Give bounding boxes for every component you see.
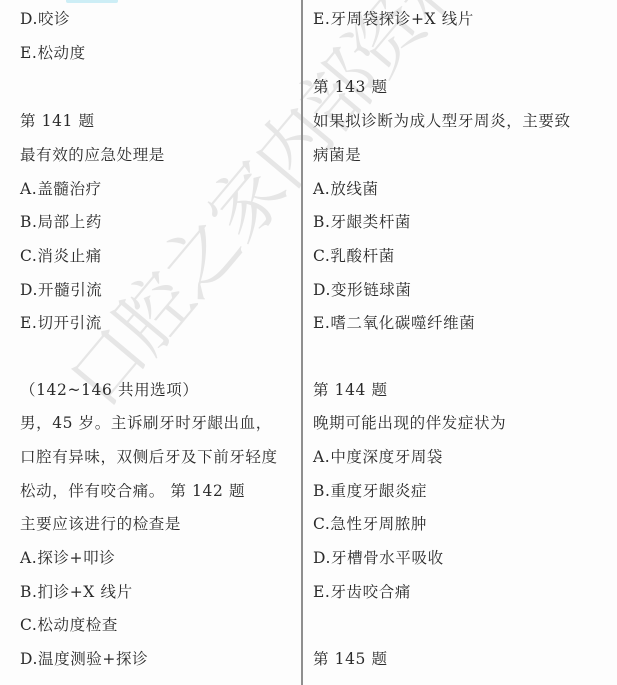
option-line: C.乳酸杆菌 — [313, 246, 395, 266]
option-line: B.牙龈类杆菌 — [313, 212, 411, 232]
option-line: D.牙槽骨水平吸收 — [313, 548, 444, 568]
option-line: C.消炎止痛 — [20, 246, 102, 266]
option-line: C.松动度检查 — [20, 615, 118, 635]
question-number: 第 141 题 — [20, 111, 95, 131]
option-line: E.牙周袋探诊+X 线片 — [313, 9, 474, 29]
option-line: E.牙齿咬合痛 — [313, 582, 411, 602]
option-line: D.温度测验+探诊 — [20, 649, 148, 669]
option-line: A.盖髓治疗 — [20, 179, 102, 199]
option-line: D.开髓引流 — [20, 280, 102, 300]
question-number: 第 143 题 — [313, 77, 388, 97]
shared-options-note: （142~146 共用选项） — [20, 380, 198, 400]
option-line: E.嗜二氧化碳噬纤维菌 — [313, 313, 475, 333]
case-description: 男，45 岁。主诉刷牙时牙龈出血， — [20, 413, 272, 433]
case-description: 口腔有异味，双侧后牙及下前牙轻度 — [20, 447, 278, 467]
option-line: A.探诊+叩诊 — [20, 548, 115, 568]
question-stem: 主要应该进行的检查是 — [20, 514, 181, 534]
top-edge-strip — [66, 0, 118, 3]
watermark-text: 口腔之家内部资料 — [40, 0, 491, 426]
option-line: D.咬诊 — [20, 9, 70, 29]
question-number: 第 145 题 — [313, 649, 388, 669]
option-line: B.扪诊+X 线片 — [20, 582, 133, 602]
option-line: B.局部上药 — [20, 212, 102, 232]
column-divider — [301, 0, 303, 685]
question-stem: 晚期可能出现的伴发症状为 — [313, 413, 506, 433]
question-stem: 最有效的应急处理是 — [20, 145, 165, 165]
option-line: A.中度深度牙周袋 — [313, 447, 443, 467]
option-line: D.变形链球菌 — [313, 280, 412, 300]
option-line: B.重度牙龈炎症 — [313, 481, 427, 501]
option-line: A.放线菌 — [313, 179, 379, 199]
case-description: 松动，伴有咬合痛。 第 142 题 — [20, 481, 245, 501]
question-stem: 病菌是 — [313, 145, 361, 165]
question-stem: 如果拟诊断为成人型牙周炎，主要致 — [313, 111, 571, 131]
option-line: E.切开引流 — [20, 313, 102, 333]
option-line: C.急性牙周脓肿 — [313, 514, 427, 534]
option-line: E.松动度 — [20, 43, 86, 63]
question-number: 第 144 题 — [313, 380, 388, 400]
